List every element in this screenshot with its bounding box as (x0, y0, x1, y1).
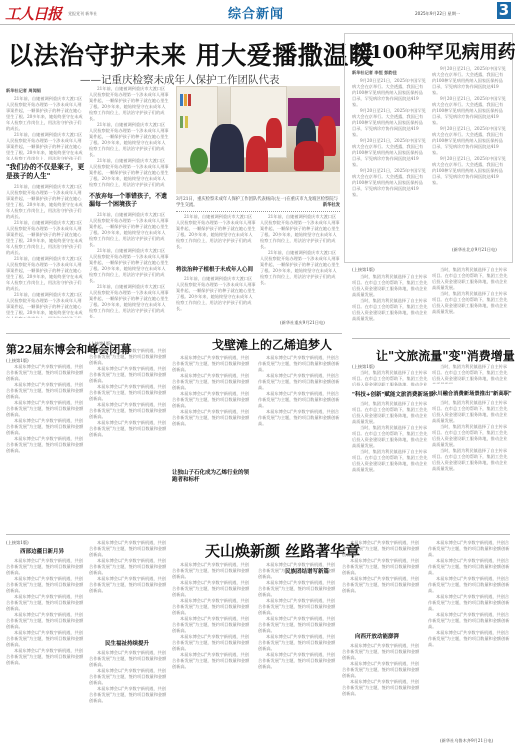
lead-body-text: 21年前，自她被调到重庆市大渡口区人民检察院开始办理第一个涉未成年人刑事案件起，… (176, 214, 256, 250)
gobi-body-text: 本届东博会以"共享数字新机遇，共创合作新发展"为主题，签约项目数量和金额创新高。 (89, 366, 169, 384)
side-body-text: 9月20日至21日，2025年中国罕见病大会在京举行。大会透露，我国已有约100… (352, 108, 426, 138)
continued-body-text: 当时，集团为利民镇选择了自主传承项目。在市总工会的帮助下，集团工会先后投入资金建… (352, 298, 428, 322)
gobi-body-text: 本届东博会以"共享数字新机遇，共创合作新发展"为主题，签约项目数量和金额创新高。 (258, 391, 340, 409)
side-headline: 约100种罕见病用药进医保 (352, 38, 515, 64)
xinjiang-body-text: 本届东博会以"共享数字新机遇，共创合作新发展"为主题，签约项目数量和金额创新高。 (342, 643, 422, 661)
gobi-body-text: 本届东博会以"共享数字新机遇，共创合作新发展"为主题，签约项目数量和金额创新高。 (172, 355, 252, 373)
side-body-text: 9月20日至21日，2025年中国罕见病大会在京举行。大会透露，我国已有约100… (352, 78, 426, 108)
xinjiang-body-text: 本届东博会以"共享数字新机遇，共创合作新发展"为主题，签约项目数量和金额创新高。 (172, 652, 252, 670)
gobi-body-text: 本届东博会以"共享数字新机遇，共创合作新发展"为主题，签约项目数量和金额创新高。 (172, 409, 252, 427)
lead-column-3: 21年前，自她被调到重庆市大渡口区人民检察院开始办理第一个涉未成年人刑事案件起，… (176, 214, 256, 264)
gobi-body-text: 本届东博会以"共享数字新机遇，共创合作新发展"为主题，签约项目数量和金额创新高。 (89, 384, 169, 402)
lead-body-text: 21年前，自她被调到重庆市大渡口区人民检察院开始办理第一个涉未成年人刑事案件起，… (260, 214, 340, 250)
lead-subhead-2: 不放弃每一个罪错孩子，不遗漏每一个困境孩子 (89, 193, 171, 209)
caption-text: 3月21日，重庆检察未成年人保护工作团队代表杨向(左一)在重庆市九龙坡区检察院与… (176, 197, 338, 208)
expo-body-text: 本届东博会以"共享数字新机遇，共创合作新发展"为主题，签约项目数量和金额创新高。 (6, 436, 86, 454)
culture-body-text: 当时，集团为利民镇选择了自主传承项目。在市总工会的帮助下，集团工会先后投入资金建… (352, 370, 428, 386)
lead-column-4: 21年前，自她被调到重庆市大渡口区人民检察院开始办理第一个涉未成年人刑事案件起，… (260, 214, 340, 318)
continued-body-text: 当时，集团为利民镇选择了自主传承项目。在市总工会的帮助下，集团工会先后投入资金建… (432, 267, 508, 291)
culture-body-text: 当时，集团为利民镇选择了自主传承项目。在市总工会的帮助下，集团工会先后投入资金建… (352, 401, 428, 425)
xinjiang-subhead-3: 民生福祉持续提升 (105, 640, 149, 649)
xinjiang-column-6: 本届东博会以"共享数字新机遇，共创合作新发展"为主题，签约项目数量和金额创新高。… (428, 540, 510, 736)
gobi-body-text: 本届东博会以"共享数字新机遇，共创合作新发展"为主题，签约项目数量和金额创新高。 (89, 348, 169, 366)
potted-plant (190, 148, 208, 174)
photo-credit: 新华社发 (323, 203, 340, 209)
book (180, 94, 183, 106)
student-figure (266, 118, 282, 148)
issue-date: 2025年9月22日 星期一 (415, 11, 460, 17)
gobi-body-text: 本届东博会以"共享数字新机遇，共创合作新发展"为主题，签约项目数量和金额创新高。 (89, 402, 169, 420)
side-body-text: 9月20日至21日，2025年中国罕见病大会在京举行。大会透露，我国已有约100… (352, 168, 426, 198)
lead-column-2: 21年前，自她被调到重庆市大渡口区人民检察院开始办理第一个涉未成年人刑事案件起，… (89, 86, 169, 188)
xinjiang-source-note: (新华社乌鲁木齐9月21日电) (440, 738, 493, 744)
xinjiang-body-text: 本届东博会以"共享数字新机遇，共创合作新发展"为主题，签约项目数量和金额创新高。 (6, 594, 86, 612)
xinjiang-body-text: 本届东博会以"共享数字新机遇，共创合作新发展"为主题，签约项目数量和金额创新高。 (6, 630, 86, 648)
lead-body-text: 21年前，自她被调到重庆市大渡口区人民检察院开始办理第一个涉未成年人刑事案件起，… (89, 158, 169, 188)
xinjiang-body-text: 本届东博会以"共享数字新机遇，共创合作新发展"为主题，签约项目数量和金额创新高。 (258, 652, 338, 670)
culture-body-text: 当时，集团为利民镇选择了自主传承项目。在市总工会的帮助下，集团工会先后投入资金建… (432, 400, 508, 424)
photo-caption: 3月21日，重庆检察未成年人保护工作团队代表杨向(左一)在重庆市九龙坡区检察院与… (176, 197, 340, 209)
xinjiang-body-text: 本届东博会以"共享数字新机遇，共创合作新发展"为主题，签约项目数量和金额创新高。 (428, 612, 510, 630)
xinjiang-body-text: 本届东博会以"共享数字新机遇，共创合作新发展"为主题，签约项目数量和金额创新高。 (89, 540, 169, 558)
xinjiang-body-text: 本届东博会以"共享数字新机遇，共创合作新发展"为主题，签约项目数量和金额创新高。 (6, 576, 86, 594)
gobi-body-text: 本届东博会以"共享数字新机遇，共创合作新发展"为主题，签约项目数量和金额创新高。 (172, 373, 252, 391)
book (184, 94, 187, 106)
gobi-jump-label: (上接第1版) (89, 341, 112, 347)
xinjiang-subhead-4: 向西开放动能澎湃 (355, 633, 399, 642)
xinjiang-body-text: 本届东博会以"共享数字新机遇，共创合作新发展"为主题，签约项目数量和金额创新高。 (428, 594, 510, 612)
side-body-text: 9月20日至21日，2025年中国罕见病大会在京举行。大会透露，我国已有约100… (432, 66, 506, 96)
logo-subtitle: 党报党刊 新华社 (68, 11, 97, 17)
lead-column-1b: 21年前，自她被调到重庆市大渡口区人民检察院开始办理第一个涉未成年人刑事案件起，… (6, 184, 84, 318)
gobi-body-text: 本届东博会以"共享数字新机遇，共创合作新发展"为主题，签约项目数量和金额创新高。 (172, 391, 252, 409)
continued-column-2: 当时，集团为利民镇选择了自主传承项目。在市总工会的帮助下，集团工会先后投入资金建… (432, 267, 508, 327)
xinjiang-body-text: 本届东博会以"共享数字新机遇，共创合作新发展"为主题，签约项目数量和金额创新高。 (258, 616, 338, 634)
xinjiang-body-text: 本届东博会以"共享数字新机遇，共创合作新发展"为主题，签约项目数量和金额创新高。 (342, 679, 422, 697)
xinjiang-body-text: 本届东博会以"共享数字新机遇，共创合作新发展"为主题，签约项目数量和金额创新高。 (6, 558, 86, 576)
book (188, 94, 191, 106)
lead-subheadline: ——记重庆检察未成年人保护工作团队代表 (80, 72, 280, 87)
culture-column-1b: 当时，集团为利民镇选择了自主传承项目。在市总工会的帮助下，集团工会先后投入资金建… (352, 401, 428, 529)
culture-column-1: 当时，集团为利民镇选择了自主传承项目。在市总工会的帮助下，集团工会先后投入资金建… (352, 370, 428, 386)
gobi-headline: 戈壁滩上的乙烯追梦人 (212, 336, 332, 353)
side-column-2: 9月20日至21日，2025年中国罕见病大会在京举行。大会透露，我国已有约100… (432, 66, 506, 240)
xinjiang-subhead-2: 民族团结谱写新篇 (285, 568, 329, 577)
expo-body-text: 本届东博会以"共享数字新机遇，共创合作新发展"为主题，签约项目数量和金额创新高。 (6, 418, 86, 436)
xinjiang-body-text: 本届东博会以"共享数字新机遇，共创合作新发展"为主题，签约项目数量和金额创新高。 (258, 634, 338, 652)
xinjiang-body-text: 本届东博会以"共享数字新机遇，共创合作新发展"为主题，签约项目数量和金额创新高。 (342, 661, 422, 679)
book (185, 116, 188, 128)
caption-divider (176, 211, 340, 212)
xinjiang-column-4b: 本届东博会以"共享数字新机遇，共创合作新发展"为主题，签约项目数量和金额创新高。… (258, 580, 338, 744)
section-divider (352, 338, 510, 339)
lead-source-note: (新华社重庆9月21日电) (280, 320, 325, 326)
continued-column-1: 当时，集团为利民镇选择了自主传承项目。在市总工会的帮助下，集团工会先后投入资金建… (352, 274, 428, 334)
xinjiang-body-text: 本届东博会以"共享数字新机遇，共创合作新发展"为主题，签约项目数量和金额创新高。 (342, 540, 422, 558)
side-column-1: 9月20日至21日，2025年中国罕见病大会在京举行。大会透露，我国已有约100… (352, 78, 426, 252)
section-title: 综合新闻 (228, 3, 284, 22)
gobi-column-3: 本届东博会以"共享数字新机遇，共创合作新发展"为主题，签约项目数量和金额创新高。… (258, 355, 340, 503)
lead-body-text: 21年前，自她被调到重庆市大渡口区人民检察院开始办理第一个涉未成年人刑事案件起，… (260, 250, 340, 286)
lead-body-text: 21年前，自她被调到重庆市大渡口区人民检察院开始办理第一个涉未成年人刑事案件起，… (6, 256, 84, 292)
expo-body-text: 本届东博会以"共享数字新机遇，共创合作新发展"为主题，签约项目数量和金额创新高。 (6, 364, 86, 382)
culture-subhead-1: "科技+创新"赋能文旅消费新场景 (352, 391, 434, 400)
gobi-column-1: 本届东博会以"共享数字新机遇，共创合作新发展"为主题，签约项目数量和金额创新高。… (89, 348, 169, 503)
lead-body-text: 21年前，自她被调到重庆市大渡口区人民检察院开始办理第一个涉未成年人刑事案件起，… (89, 212, 169, 248)
side-body-text: 9月20日至21日，2025年中国罕见病大会在京举行。大会透露，我国已有约100… (432, 96, 506, 126)
gobi-body-text: 本届东博会以"共享数字新机遇，共创合作新发展"为主题，签约项目数量和金额创新高。 (258, 373, 340, 391)
culture-body-text: 当时，集团为利民镇选择了自主传承项目。在市总工会的帮助下，集团工会先后投入资金建… (432, 448, 508, 472)
culture-body-text: 当时，集团为利民镇选择了自主传承项目。在市总工会的帮助下，集团工会先后投入资金建… (432, 424, 508, 448)
page-number: 3 (497, 2, 511, 19)
culture-body-text: 当时，集团为利民镇选择了自主传承项目。在市总工会的帮助下，集团工会先后投入资金建… (352, 425, 428, 449)
lead-body-text: 21年前，自她被调到重庆市大渡口区人民检察院开始办理第一个涉未成年人刑事案件起，… (89, 284, 169, 318)
gobi-body-text: 本届东博会以"共享数字新机遇，共创合作新发展"为主题，签约项目数量和金额创新高。 (258, 409, 340, 427)
xinjiang-body-text: 本届东博会以"共享数字新机遇，共创合作新发展"为主题，签约项目数量和金额创新高。 (342, 558, 422, 576)
continued-body-text: 当时，集团为利民镇选择了自主传承项目。在市总工会的帮助下，集团工会先后投入资金建… (352, 274, 428, 298)
xinjiang-body-text: 本届东博会以"共享数字新机遇，共创合作新发展"为主题，签约项目数量和金额创新高。 (428, 576, 510, 594)
lead-subhead-1: "我们办的不仅是案子，更是孩子的人生" (6, 163, 86, 181)
xinjiang-subhead-1: 西部边疆日新月异 (20, 548, 64, 557)
lead-headline: 以法治守护未来 用大爱播撒温暖 (8, 36, 338, 72)
continued-jump-label: (上接第1版) (352, 267, 375, 273)
xinjiang-body-text: 本届东博会以"共享数字新机遇，共创合作新发展"为主题，签约项目数量和金额创新高。 (428, 558, 510, 576)
side-body-text: 9月20日至21日，2025年中国罕见病大会在京举行。大会透露，我国已有约100… (432, 126, 506, 156)
section-divider (6, 534, 510, 535)
xinjiang-body-text: 本届东博会以"共享数字新机遇，共创合作新发展"为主题，签约项目数量和金额创新高。 (342, 576, 422, 594)
table (176, 172, 340, 194)
side-source-note: (新华社北京9月21日电) (452, 247, 497, 253)
gobi-body-text: 本届东博会以"共享数字新机遇，共创合作新发展"为主题，签约项目数量和金额创新高。 (258, 355, 340, 373)
xinjiang-body-text: 本届东博会以"共享数字新机遇，共创合作新发展"为主题，签约项目数量和金额创新高。 (172, 598, 252, 616)
xinjiang-body-text: 本届东博会以"共享数字新机遇，共创合作新发展"为主题，签约项目数量和金额创新高。 (258, 598, 338, 616)
lead-column-2b: 21年前，自她被调到重庆市大渡口区人民检察院开始办理第一个涉未成年人刑事案件起，… (89, 212, 169, 318)
gobi-subhead-1: 让独山子石化成为乙烯行业的领跑者和标杆 (172, 470, 254, 484)
expo-body-text: 本届东博会以"共享数字新机遇，共创合作新发展"为主题，签约项目数量和金额创新高。 (6, 400, 86, 418)
culture-column-2b: 当时，集团为利民镇选择了自主传承项目。在市总工会的帮助下，集团工会先后投入资金建… (432, 400, 508, 530)
xinjiang-column-1: 本届东博会以"共享数字新机遇，共创合作新发展"为主题，签约项目数量和金额创新高。… (6, 558, 86, 744)
lead-intro: 21年前，自她被调到重庆市大渡口区人民检察院开始办理第一个涉未成年人刑事案件起，… (6, 96, 84, 132)
xinjiang-body-text: 本届东博会以"共享数字新机遇，共创合作新发展"为主题，签约项目数量和金额创新高。 (89, 650, 169, 668)
side-byline: 新华社记者 李恒 彭韵佳 (352, 70, 397, 76)
culture-body-text: 当时，集团为利民镇选择了自主传承项目。在市总工会的帮助下，集团工会先后投入资金建… (432, 364, 508, 384)
culture-headline: 让"文旅流量"变"消费增量" (376, 347, 515, 364)
xinjiang-body-text: 本届东博会以"共享数字新机遇，共创合作新发展"为主题，签约项目数量和金额创新高。 (258, 580, 338, 598)
side-body-text: 9月20日至21日，2025年中国罕见病大会在京举行。大会透露，我国已有约100… (352, 138, 426, 168)
lead-byline: 新华社记者 周闻韬 (6, 88, 41, 94)
xinjiang-body-text: 本届东博会以"共享数字新机遇，共创合作新发展"为主题，签约项目数量和金额创新高。 (172, 580, 252, 598)
xinjiang-body-text: 本届东博会以"共享数字新机遇，共创合作新发展"为主题，签约项目数量和金额创新高。 (89, 668, 169, 686)
xinjiang-body-text: 本届东博会以"共享数字新机遇，共创合作新发展"为主题，签约项目数量和金额创新高。 (172, 616, 252, 634)
xinjiang-column-2: 本届东博会以"共享数字新机遇，共创合作新发展"为主题，签约项目数量和金额创新高。… (89, 540, 169, 636)
gobi-body-text: 本届东博会以"共享数字新机遇，共创合作新发展"为主题，签约项目数量和金额创新高。 (89, 420, 169, 438)
lead-intro-repeat: 21年前，自她被调到重庆市大渡口区人民检察院开始办理第一个涉未成年人刑事案件起，… (6, 132, 84, 160)
xinjiang-column-5b: 本届东博会以"共享数字新机遇，共创合作新发展"为主题，签约项目数量和金额创新高。… (342, 643, 422, 744)
expo-column-1: 本届东博会以"共享数字新机遇，共创合作新发展"为主题，签约项目数量和金额创新高。… (6, 364, 86, 504)
lead-body-text: 21年前，自她被调到重庆市大渡口区人民检察院开始办理第一个涉未成年人刑事案件起，… (6, 184, 84, 220)
xinjiang-body-text: 本届东博会以"共享数字新机遇，共创合作新发展"为主题，签约项目数量和金额创新高。 (428, 630, 510, 648)
lead-body-text: 21年前，自她被调到重庆市大渡口区人民检察院开始办理第一个涉未成年人刑事案件起，… (6, 220, 84, 256)
xinjiang-body-text: 本届东博会以"共享数字新机遇，共创合作新发展"为主题，签约项目数量和金额创新高。 (89, 576, 169, 594)
section-divider (6, 333, 342, 334)
xinjiang-body-text: 本届东博会以"共享数字新机遇，共创合作新发展"为主题，签约项目数量和金额创新高。 (428, 540, 510, 558)
lead-body-text: 21年前，自她被调到重庆市大渡口区人民检察院开始办理第一个涉未成年人刑事案件起，… (6, 292, 84, 318)
book (180, 116, 183, 128)
culture-column-2: 当时，集团为利民镇选择了自主传承项目。在市总工会的帮助下，集团工会先后投入资金建… (432, 364, 508, 384)
lead-column-1: 21年前，自她被调到重庆市大渡口区人民检察院开始办理第一个涉未成年人刑事案件起，… (6, 96, 84, 160)
expo-body-text: 本届东博会以"共享数字新机遇，共创合作新发展"为主题，签约项目数量和金额创新高。 (6, 382, 86, 400)
xinjiang-body-text: 本届东博会以"共享数字新机遇，共创合作新发展"为主题，签约项目数量和金额创新高。 (89, 686, 169, 704)
xinjiang-column-5: 本届东博会以"共享数字新机遇，共创合作新发展"为主题，签约项目数量和金额创新高。… (342, 540, 422, 630)
lead-subhead-3: 将法治种子植根于未成年人心间 (176, 266, 266, 275)
continued-body-text: 当时，集团为利民镇选择了自主传承项目。在市总工会的帮助下，集团工会先后投入资金建… (432, 291, 508, 315)
xinjiang-jump-label: (上接第1版) (6, 540, 29, 546)
lead-column-3b: 21年前，自她被调到重庆市大渡口区人民检察院开始办理第一个涉未成年人刑事案件起，… (176, 276, 256, 318)
culture-subhead-2: 永川融合消费新场景推出"新高职" (432, 390, 512, 399)
lead-photo (176, 86, 340, 194)
xinjiang-body-text: 本届东博会以"共享数字新机遇，共创合作新发展"为主题，签约项目数量和金额创新高。 (172, 634, 252, 652)
side-body-text: 9月20日至21日，2025年中国罕见病大会在京举行。大会透露，我国已有约100… (432, 156, 506, 186)
lead-body-text: 21年前，自她被调到重庆市大渡口区人民检察院开始办理第一个涉未成年人刑事案件起，… (89, 248, 169, 284)
student-figure (294, 141, 324, 171)
lead-body-text: 21年前，自她被调到重庆市大渡口区人民检察院开始办理第一个涉未成年人刑事案件起，… (89, 86, 169, 122)
xinjiang-headline: 天山焕新颜 丝路著华章 (205, 540, 360, 561)
newspaper-logo: 工人日报 (5, 3, 61, 24)
lead-body-text: 21年前，自她被调到重庆市大渡口区人民检察院开始办理第一个涉未成年人刑事案件起，… (89, 122, 169, 158)
xinjiang-body-text: 本届东博会以"共享数字新机遇，共创合作新发展"为主题，签约项目数量和金额创新高。 (172, 562, 252, 580)
xinjiang-body-text: 本届东博会以"共享数字新机遇，共创合作新发展"为主题，签约项目数量和金额创新高。 (89, 558, 169, 576)
xinjiang-column-2b: 本届东博会以"共享数字新机遇，共创合作新发展"为主题，签约项目数量和金额创新高。… (89, 650, 169, 744)
culture-body-text: 当时，集团为利民镇选择了自主传承项目。在市总工会的帮助下，集团工会先后投入资金建… (352, 449, 428, 473)
xinjiang-body-text: 本届东博会以"共享数字新机遇，共创合作新发展"为主题，签约项目数量和金额创新高。 (6, 612, 86, 630)
xinjiang-body-text: 本届东博会以"共享数字新机遇，共创合作新发展"为主题，签约项目数量和金额创新高。 (6, 648, 86, 666)
xinjiang-column-3: 本届东博会以"共享数字新机遇，共创合作新发展"为主题，签约项目数量和金额创新高。… (172, 562, 252, 744)
lead-body-text: 21年前，自她被调到重庆市大渡口区人民检察院开始办理第一个涉未成年人刑事案件起，… (176, 276, 256, 312)
